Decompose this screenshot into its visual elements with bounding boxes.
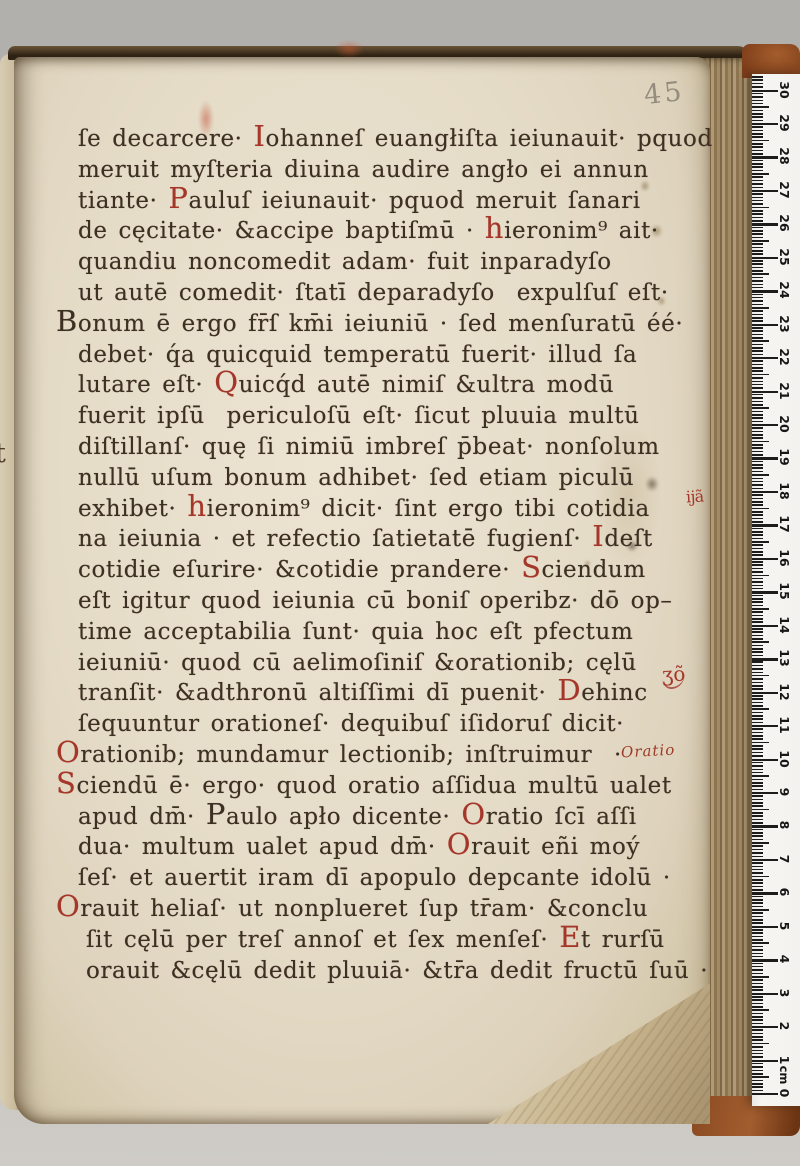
text-segment: t rurſū <box>581 927 665 953</box>
ruler-tick <box>752 357 778 359</box>
ruler-tick <box>752 424 778 426</box>
ruler-tick <box>752 364 763 366</box>
text-segment: aulo apło dicente· <box>226 804 461 830</box>
rubric-initial: E <box>559 920 581 954</box>
ruler-tick <box>752 197 763 199</box>
ruler-tick <box>752 805 763 807</box>
ruler-tick <box>752 678 763 680</box>
ruler-tick <box>752 394 763 396</box>
ruler-tick <box>752 912 763 914</box>
ruler-tick <box>752 852 763 854</box>
ruler-number: 22 <box>776 345 792 369</box>
ruler-tick <box>752 956 763 958</box>
ruler-tick <box>752 180 763 182</box>
ruler-tick <box>752 983 763 985</box>
manuscript-line: ieiuniū· quod cū aelimoſiniſ &orationib;… <box>56 648 704 679</box>
ruler-number: 13 <box>776 646 792 670</box>
ruler-tick <box>752 608 769 610</box>
ruler-number: 23 <box>776 312 792 336</box>
ruler-tick <box>752 190 778 192</box>
ruler-tick <box>752 785 763 787</box>
ruler-tick <box>752 658 778 660</box>
ruler-tick <box>752 407 769 409</box>
ruler-tick <box>752 792 778 794</box>
text-segment: ut autē comedit· ſtatī deparadyſo expulſ… <box>78 280 669 306</box>
ruler-tick <box>752 825 778 827</box>
ruler-tick <box>752 859 778 861</box>
ruler-tick <box>752 491 778 493</box>
text-block: ſe decarcere· Iohanneſ euangłiſta ieiuna… <box>56 124 704 986</box>
ruler-tick <box>752 233 763 235</box>
text-segment: ieiuniū· quod cū aelimoſiniſ &orationib;… <box>78 650 637 676</box>
ruler-tick <box>752 882 763 884</box>
ruler-tick <box>752 815 763 817</box>
text-segment: tiante· <box>78 188 168 214</box>
ruler-tick <box>752 314 763 316</box>
ruler-tick <box>752 1036 763 1038</box>
text-segment: onum ē ergo fr̄ſ km̄i ieiuniū · ſed menſ… <box>78 311 683 337</box>
ruler-tick <box>752 571 763 573</box>
ruler-tick <box>752 615 763 617</box>
ruler-tick <box>752 220 763 222</box>
ruler-tick <box>752 722 763 724</box>
ruler-tick <box>752 1076 769 1078</box>
manuscript-line: de cęcitate· &accipe baptiſmū · hieronim… <box>56 216 704 247</box>
ruler-tick <box>752 474 769 476</box>
ruler-tick <box>752 96 763 98</box>
ruler-tick <box>752 304 763 306</box>
ruler-tick <box>752 581 763 583</box>
ruler-tick <box>752 160 763 162</box>
ruler-tick <box>752 176 763 178</box>
ruler-tick <box>752 1070 763 1072</box>
ruler-tick <box>752 822 763 824</box>
ruler-tick <box>752 166 763 168</box>
ruler-tick <box>752 1023 763 1025</box>
text-segment: auluſ ieiunauit· pquod meruit ſanari <box>189 188 641 214</box>
ruler-tick <box>752 688 763 690</box>
ruler-tick <box>752 702 763 704</box>
ruler-tick <box>752 277 763 279</box>
ruler-tick <box>752 76 763 78</box>
ruler-tick <box>752 1033 763 1035</box>
ruler-tick <box>752 953 763 955</box>
ruler-tick <box>752 625 778 627</box>
ruler-tick <box>752 284 763 286</box>
ruler-number: 18 <box>776 479 792 503</box>
ruler-tick <box>752 782 763 784</box>
ruler-tick <box>752 899 763 901</box>
text-segment: time acceptabilia ſunt· quia hoc eſt pfe… <box>78 619 633 645</box>
ruler-tick <box>752 116 763 118</box>
ruler-tick <box>752 705 763 707</box>
text-segment: deſt <box>604 526 653 552</box>
ruler-number: 20 <box>776 412 792 436</box>
ruler-tick <box>752 501 763 503</box>
ruler-tick <box>752 93 763 95</box>
ruler-tick <box>752 207 769 209</box>
ruler-tick <box>752 1090 763 1092</box>
ruler-tick <box>752 876 769 878</box>
ruler-tick <box>752 534 763 536</box>
ruler-tick <box>752 360 763 362</box>
ruler-tick <box>752 879 763 881</box>
ruler-tick <box>752 648 763 650</box>
ruler-tick <box>752 143 763 145</box>
manuscript-line: debet· q́a quicquid temperatū fuerit· il… <box>56 340 704 371</box>
ruler-number: 29 <box>776 111 792 135</box>
ruler-tick <box>752 835 763 837</box>
text-segment: orauit &cęlū dedit pluuiā· &tr̄a dedit f… <box>86 958 708 984</box>
ruler-tick <box>752 260 763 262</box>
ruler-tick <box>752 324 778 326</box>
manuscript-line: cotidie eſurire· &cotidie prandere· Scie… <box>56 555 704 586</box>
ruler-tick <box>752 223 778 225</box>
ruler-tick <box>752 243 763 245</box>
manuscript-line: meruit myſteria diuina audire angło ei a… <box>56 155 704 186</box>
ruler-tick <box>752 595 763 597</box>
ruler-tick <box>752 1080 763 1082</box>
text-segment: apud dm̄· <box>78 804 206 830</box>
ruler-tick <box>752 869 763 871</box>
text-segment: ohanneſ euangłiſta ieiunauit· pquod <box>266 126 713 152</box>
text-segment: ciendum <box>542 557 646 583</box>
ruler-tick <box>752 457 778 459</box>
ruler-tick <box>752 417 763 419</box>
ruler-tick <box>752 554 763 556</box>
ruler-tick <box>752 1016 763 1018</box>
ruler-tick <box>752 872 763 874</box>
rubric-initial: S <box>521 550 541 584</box>
ruler-tick <box>752 963 763 965</box>
ruler-tick <box>752 310 763 312</box>
ruler-number: 17 <box>776 512 792 536</box>
ruler-tick <box>752 401 763 403</box>
ruler-tick <box>752 146 763 148</box>
folio-number: 45 <box>642 76 685 111</box>
manuscript-line: quandiu noncomedit adam· fuit inparadyſo <box>56 247 704 278</box>
ruler-tick <box>752 471 763 473</box>
manuscript-line: ſe decarcere· Iohanneſ euangłiſta ieiuna… <box>56 124 704 155</box>
rubric-initial: Q <box>214 365 238 399</box>
ruler-tick <box>752 133 763 135</box>
ruler-tick <box>752 156 778 158</box>
ruler-tick <box>752 541 769 543</box>
text-segment: ſequuntur orationeſ· dequibuſ iſidoruſ d… <box>78 711 624 737</box>
ruler-tick <box>752 210 763 212</box>
ruler-tick <box>752 1006 763 1008</box>
ruler-tick <box>752 524 778 526</box>
ruler-tick <box>752 1026 778 1028</box>
ruler-tick <box>752 387 763 389</box>
ruler-tick <box>752 113 763 115</box>
ruler-tick <box>752 514 763 516</box>
text-segment: uicq́d autē nimiſ &ultra modū <box>239 372 615 398</box>
ruler-tick <box>752 638 763 640</box>
ruler-tick <box>752 564 763 566</box>
text-segment: tranſit· &adthronū altiſſimi dī puenit· <box>78 680 557 706</box>
ruler-tick <box>752 1060 778 1062</box>
rubric-initial: P <box>168 181 188 215</box>
ruler-tick <box>752 772 763 774</box>
ruler-number: 19 <box>776 445 792 469</box>
ruler-tick <box>752 979 763 981</box>
ruler-tick <box>752 645 763 647</box>
ruler-tick <box>752 247 763 249</box>
ruler-tick <box>752 728 763 730</box>
ruler-tick <box>752 193 763 195</box>
ruler-tick <box>752 641 769 643</box>
ruler-tick <box>752 404 763 406</box>
ruler-tick <box>752 866 763 868</box>
ruler-tick <box>752 575 769 577</box>
ruler-tick <box>752 508 769 510</box>
text-segment: dua· multum ualet apud dm̄· <box>78 834 447 860</box>
ruler-number: 30 <box>776 78 792 102</box>
ruler-tick <box>752 126 763 128</box>
text-segment: meruit myſteria diuina audire angło ei a… <box>78 157 649 183</box>
ruler-tick <box>752 461 763 463</box>
ruler-tick <box>752 504 763 506</box>
ruler-tick <box>752 267 763 269</box>
folded-corner-edge <box>488 982 710 1124</box>
manuscript-line: Bonum ē ergo fr̄ſ km̄i ieiuniū · ſed men… <box>56 309 704 340</box>
ruler-tick <box>752 889 763 891</box>
text-segment: exhibet· <box>78 496 187 522</box>
ruler-tick <box>752 969 763 971</box>
ruler-tick <box>752 253 763 255</box>
showthrough-letter: t <box>0 438 6 469</box>
ruler-tick <box>752 752 763 754</box>
ruler-number: 3 <box>776 981 792 1005</box>
manuscript-line: exhibet· hieronim⁹ dicit· ſint ergo tibi… <box>56 494 704 525</box>
ruler-tick <box>752 374 769 376</box>
ruler-tick <box>752 367 763 369</box>
ruler-tick <box>752 370 763 372</box>
ruler-tick <box>752 337 763 339</box>
ruler-tick <box>752 86 763 88</box>
ruler-tick <box>752 200 763 202</box>
text-segment: quandiu noncomedit adam· fuit inparadyſo <box>78 249 612 275</box>
ruler-tick <box>752 779 763 781</box>
ruler-tick <box>752 675 769 677</box>
ruler-number: 7 <box>776 847 792 871</box>
ruler-tick <box>752 163 763 165</box>
rubric-initial: O <box>56 735 80 769</box>
ruler-tick <box>752 294 763 296</box>
ruler-tick <box>752 1050 763 1052</box>
ruler-tick <box>752 842 769 844</box>
manuscript-line: eſt igitur quod ieiunia cū boniſ operibz… <box>56 586 704 617</box>
text-segment: ehinc <box>581 680 647 706</box>
ruler-tick <box>752 578 763 580</box>
ruler-tick <box>752 735 763 737</box>
ruler-tick <box>752 106 769 108</box>
text-segment: na ieiunia · et refectio ſatietatē fugie… <box>78 526 592 552</box>
ruler-tick <box>752 829 763 831</box>
rubric-initial: O <box>56 889 80 923</box>
ruler-tick <box>752 585 763 587</box>
ruler-tick <box>752 263 763 265</box>
ruler-tick <box>752 290 778 292</box>
ruler-tick <box>752 605 763 607</box>
ruler-tick <box>752 270 763 272</box>
ruler-number: 26 <box>776 211 792 235</box>
ruler-tick <box>752 153 763 155</box>
ruler-tick <box>752 434 763 436</box>
manuscript-line: tranſit· &adthronū altiſſimi dī puenit· … <box>56 678 704 709</box>
ruler-tick <box>752 217 763 219</box>
text-segment: ratio ſcī aſſi <box>486 804 637 830</box>
ruler-number: 2 <box>776 1014 792 1038</box>
ruler-tick <box>752 511 763 513</box>
text-segment: de cęcitate· &accipe baptiſmū · <box>78 218 485 244</box>
ruler-tick <box>752 742 769 744</box>
text-segment: B <box>56 304 78 338</box>
ruler-tick <box>752 384 763 386</box>
ruler-tick <box>752 682 763 684</box>
ruler-number: 4 <box>776 947 792 971</box>
ruler-tick <box>752 1013 763 1015</box>
ruler-tick <box>752 454 763 456</box>
ruler-tick <box>752 320 763 322</box>
ruler-tick <box>752 136 763 138</box>
ruler-tick <box>752 932 763 934</box>
ruler-tick <box>752 628 763 630</box>
ruler-tick <box>752 1056 763 1058</box>
ruler-tick <box>752 437 763 439</box>
ruler-tick <box>752 427 763 429</box>
ruler-tick <box>752 518 763 520</box>
text-segment: fuerit ipſū periculoſū eſt· ſicut pluuia… <box>78 403 640 429</box>
manuscript-line: nullū uſum bonum adhibet· ſed etiam picu… <box>56 463 704 494</box>
ruler-number: 25 <box>776 245 792 269</box>
ruler-tick <box>752 672 763 674</box>
ruler-tick <box>752 802 763 804</box>
ruler-tick <box>752 775 769 777</box>
ruler-tick <box>752 611 763 613</box>
ruler-tick <box>752 698 763 700</box>
ruler-tick <box>752 431 763 433</box>
ruler-tick <box>752 330 763 332</box>
ruler-tick <box>752 90 778 92</box>
ruler-tick <box>752 989 763 991</box>
ruler-tick <box>752 618 763 620</box>
ruler-tick <box>752 421 763 423</box>
ruler-tick <box>752 996 763 998</box>
ruler-tick <box>752 665 763 667</box>
ruler-tick <box>752 447 763 449</box>
ruler-tick <box>752 725 778 727</box>
ruler-tick <box>752 531 763 533</box>
ruler-tick <box>752 397 763 399</box>
text-segment: P <box>206 797 226 831</box>
ruler-tick <box>752 591 778 593</box>
ruler-number: 11 <box>776 713 792 737</box>
ruler-tick <box>752 919 763 921</box>
ruler-tick <box>752 1066 763 1068</box>
ruler-tick <box>752 354 763 356</box>
ruler-number: 28 <box>776 144 792 168</box>
ruler-tick <box>752 1043 769 1045</box>
rubric-initial: O <box>447 827 471 861</box>
manuscript-line: ſit cęlū per treſ annoſ et ſex menſeſ· E… <box>56 925 704 956</box>
manuscript-line: diſtillanſ· quę ſi nimiū imbreſ p̄beat· … <box>56 432 704 463</box>
ruler-tick <box>752 150 763 152</box>
text-segment: ſe decarcere· <box>78 126 253 152</box>
ruler-tick <box>752 999 763 1001</box>
ruler-tick <box>752 494 763 496</box>
rubric-initial: S <box>56 766 76 800</box>
ruler-tick <box>752 755 763 757</box>
ruler-tick <box>752 464 763 466</box>
ruler-tick <box>752 334 763 336</box>
ruler-number: 8 <box>776 813 792 837</box>
ruler-number: 27 <box>776 178 792 202</box>
text-segment: rauit heliaſ· ut nonplueret ſup tr̄am· &… <box>80 896 648 922</box>
ruler-tick <box>752 745 763 747</box>
ruler-tick <box>752 588 763 590</box>
text-segment: rationib; mundamur lectionib; inſtruimur… <box>80 742 622 768</box>
ruler-tick <box>752 568 763 570</box>
ruler-tick <box>752 631 763 633</box>
ruler-tick <box>752 839 763 841</box>
ruler-tick <box>752 79 763 81</box>
ruler-tick <box>752 718 763 720</box>
ruler-tick <box>752 939 763 941</box>
ruler-tick <box>752 715 763 717</box>
ruler-tick <box>752 344 763 346</box>
ruler-tick <box>752 257 778 259</box>
ruler-tick <box>752 544 763 546</box>
ruler-number: 24 <box>776 278 792 302</box>
ruler-tick <box>752 187 763 189</box>
ruler-tick <box>752 789 763 791</box>
ruler-tick <box>752 661 763 663</box>
ruler-tick <box>752 307 769 309</box>
ruler-tick <box>752 832 763 834</box>
ruler-tick <box>752 635 763 637</box>
ruler-tick <box>752 391 778 393</box>
ruler-tick <box>752 287 763 289</box>
ruler-tick <box>752 381 763 383</box>
ruler-tick <box>752 712 763 714</box>
ruler-tick <box>752 655 763 657</box>
leather-binding-top <box>742 44 800 78</box>
ruler-tick <box>752 738 763 740</box>
ruler-tick <box>752 922 763 924</box>
ruler-tick <box>752 203 763 205</box>
ruler-number: 15 <box>776 579 792 603</box>
ruler-tick <box>752 762 763 764</box>
ruler-tick <box>752 799 763 801</box>
ruler-tick <box>752 558 778 560</box>
text-segment: ieronim⁹ ait· <box>504 218 659 244</box>
ruler-tick <box>752 528 763 530</box>
text-segment: rauit eñi moý <box>471 834 640 860</box>
ruler: 0123456789101112131415161718192021222324… <box>752 74 800 1106</box>
manuscript-line: ſeſ· et auertit iram dī apopulo depcante… <box>56 863 704 894</box>
ruler-tick <box>752 759 778 761</box>
ruler-tick <box>752 959 778 961</box>
margin-note-oratio: Oratio <box>621 741 676 762</box>
ruler-tick <box>752 1039 763 1041</box>
ruler-tick <box>752 1063 763 1065</box>
manuscript-line: ſequuntur orationeſ· dequibuſ iſidoruſ d… <box>56 709 704 740</box>
manuscript-line: time acceptabilia ſunt· quia hoc eſt pfe… <box>56 617 704 648</box>
ruler-tick <box>752 83 763 85</box>
ruler-number: 6 <box>776 880 792 904</box>
